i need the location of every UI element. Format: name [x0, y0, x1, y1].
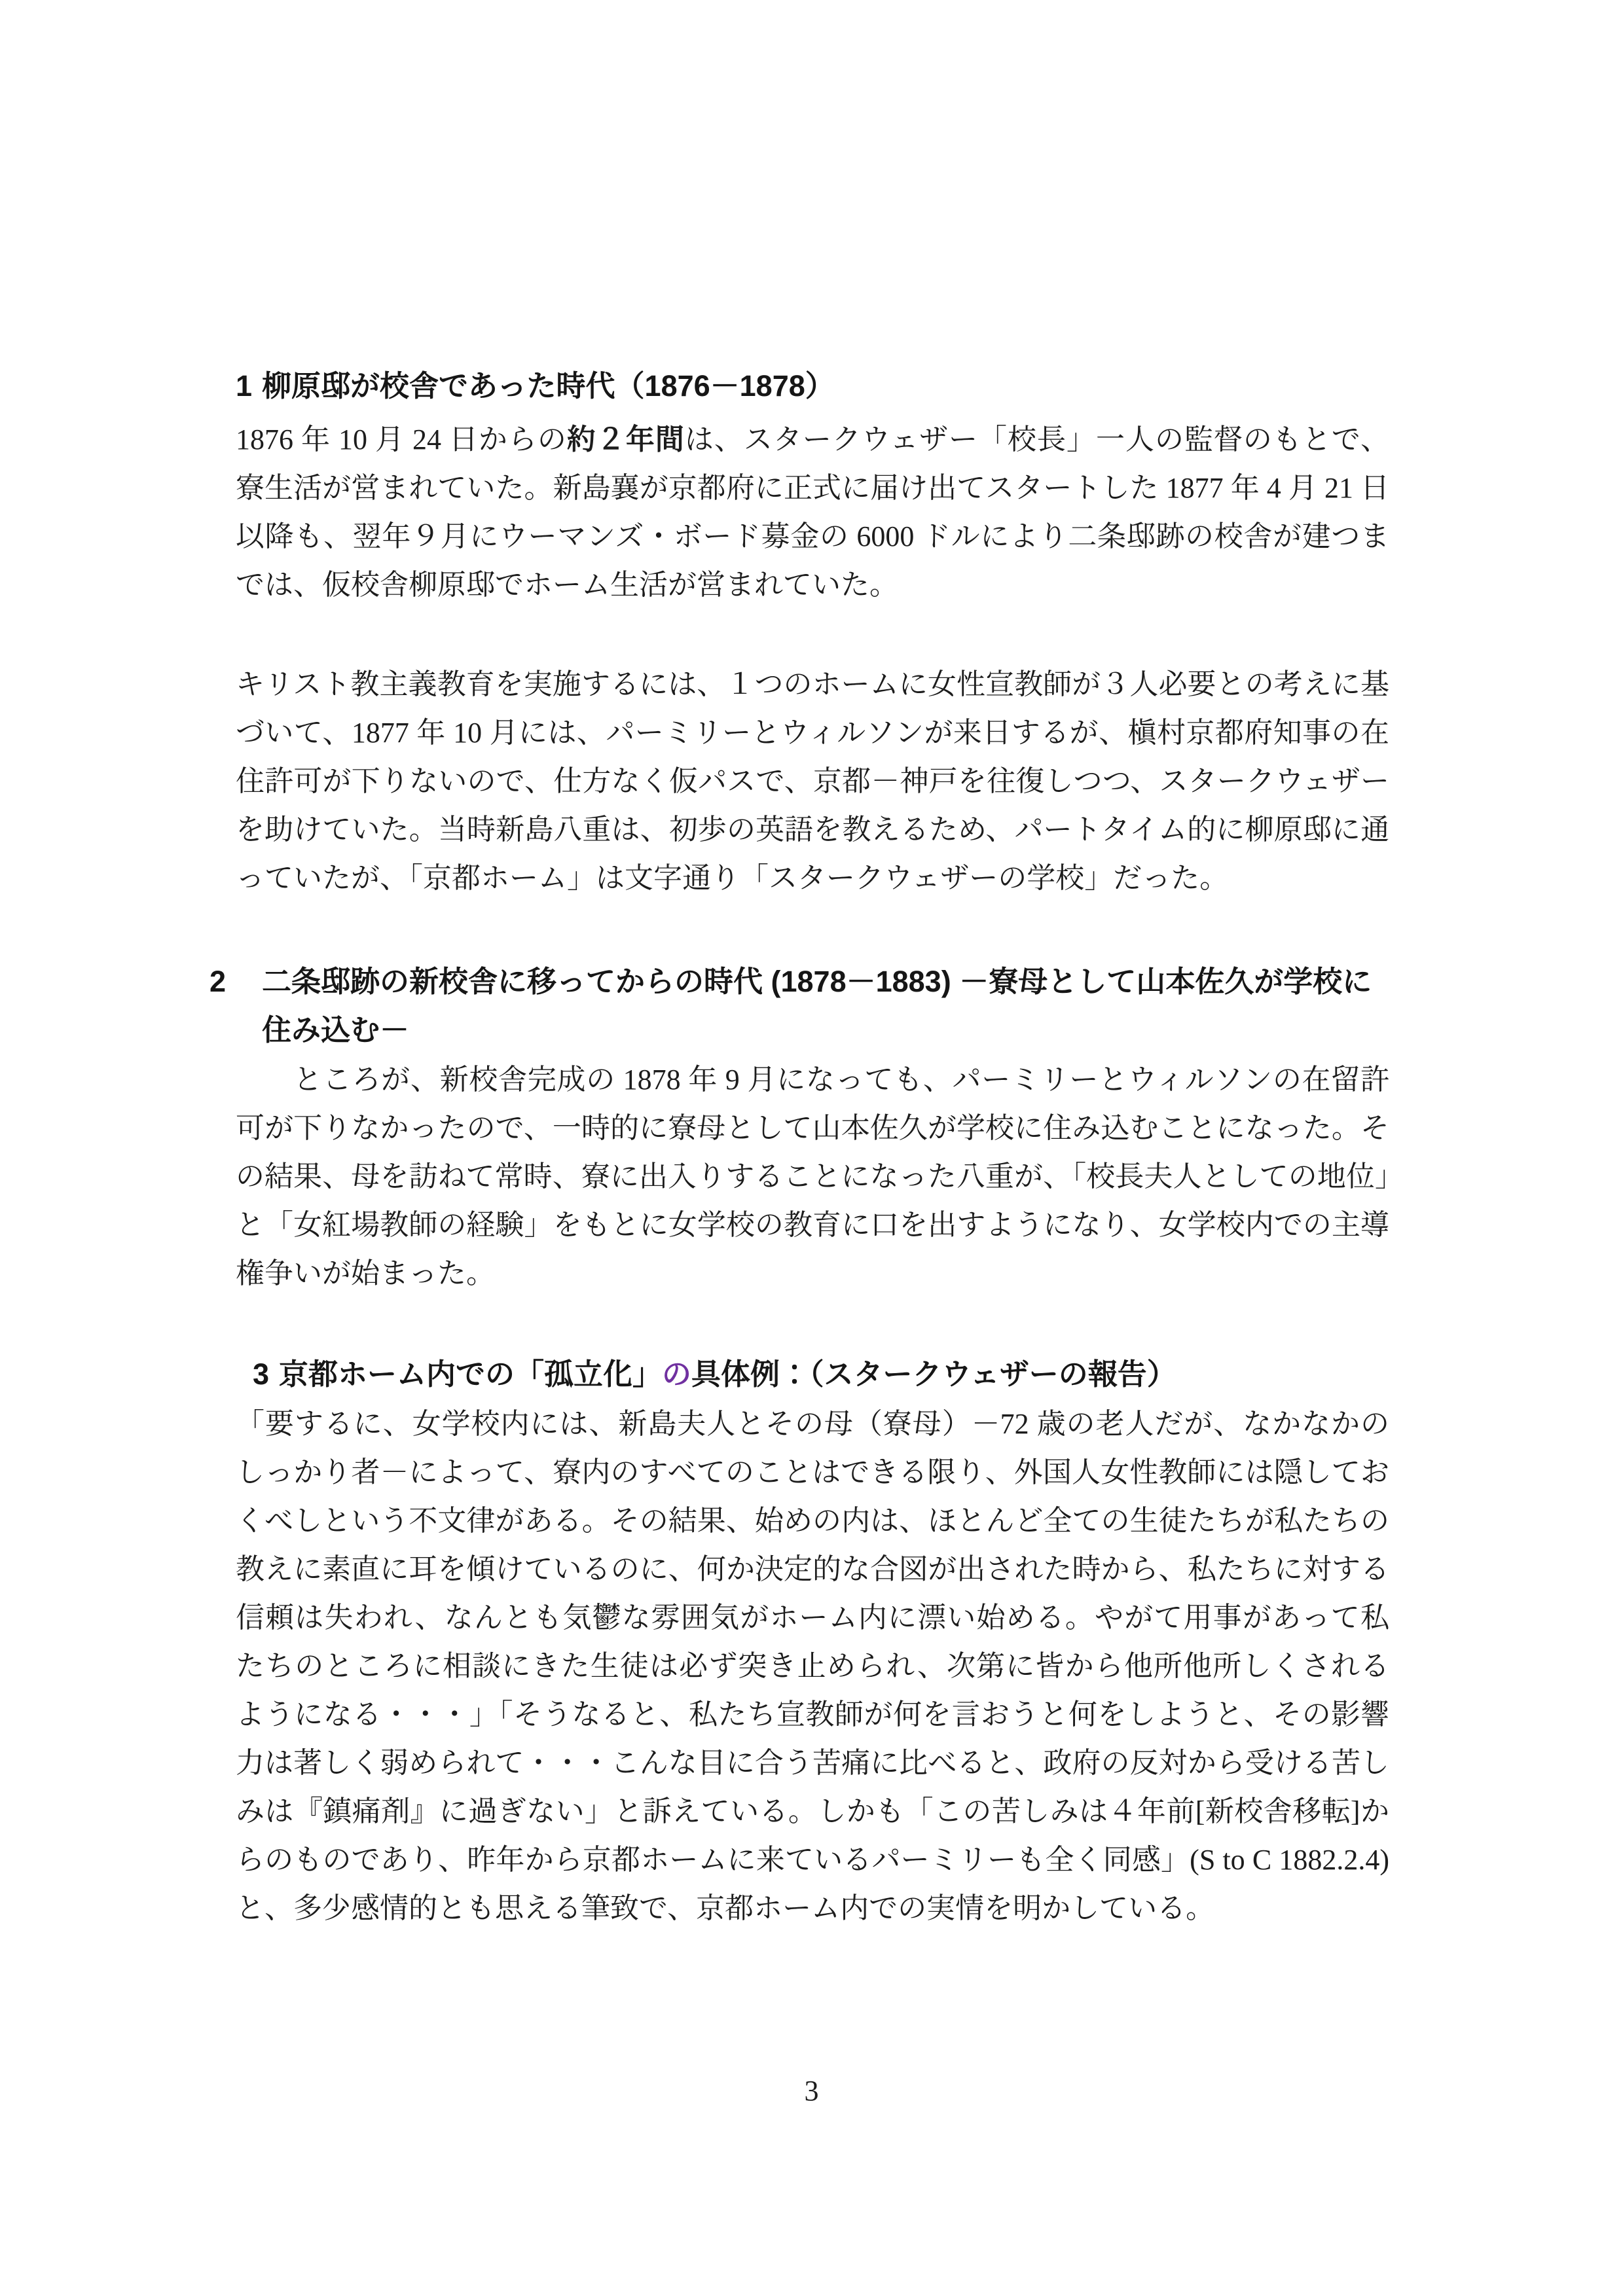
section-1-paragraph-1: 1876 年 10 月 24 日からの約２年間は、スタークウェザー「校長」一人の…	[236, 416, 1389, 609]
accent-no: の	[662, 1357, 691, 1391]
section-3-heading: 3京都ホーム内での「孤立化」の具体例：（スタークウェザーの報告）	[236, 1350, 1389, 1399]
section-1-heading-number: 1	[236, 362, 262, 410]
section-2-paragraph-1: ところが、新校舎完成の 1878 年 9 月になっても、パーミリーとウィルソンの…	[236, 1056, 1389, 1298]
section-1-paragraph-2: キリスト教主義教育を実施するには、１つのホームに女性宣教師が３人必要との考えに基…	[236, 660, 1389, 903]
section-3-paragraph-1: 「要するに、女学校内には、新島夫人とその母（寮母）－72 歳の老人だが、なかなか…	[236, 1400, 1389, 1933]
text-column: 1柳原邸が校舎であった時代（1876－1878） 1876 年 10 月 24 …	[236, 362, 1389, 1933]
section-2-heading-title: 二条邸跡の新校舎に移ってからの時代 (1878－1883) －寮母として山本佐久…	[262, 965, 1372, 1047]
page-number: 3	[0, 2067, 1623, 2115]
section-3-heading-title-pre: 京都ホーム内での「孤立化」	[279, 1357, 662, 1391]
section-3-heading-number: 3	[253, 1350, 279, 1399]
section-2-heading-number: 2	[236, 958, 262, 1006]
section-1-paragraph-1-pre: 1876 年 10 月 24 日からの	[236, 423, 567, 456]
section-3-heading-title-post: 具体例：（スタークウェザーの報告）	[691, 1357, 1176, 1391]
section-1-heading: 1柳原邸が校舎であった時代（1876－1878）	[236, 362, 1389, 410]
bold-about-two-years: 約２年間	[567, 423, 685, 456]
document-page: 1柳原邸が校舎であった時代（1876－1878） 1876 年 10 月 24 …	[0, 0, 1623, 2296]
section-1-heading-title: 柳原邸が校舎であった時代（1876－1878）	[262, 369, 835, 403]
section-2-heading: 2二条邸跡の新校舎に移ってからの時代 (1878－1883) －寮母として山本佐…	[236, 958, 1389, 1054]
